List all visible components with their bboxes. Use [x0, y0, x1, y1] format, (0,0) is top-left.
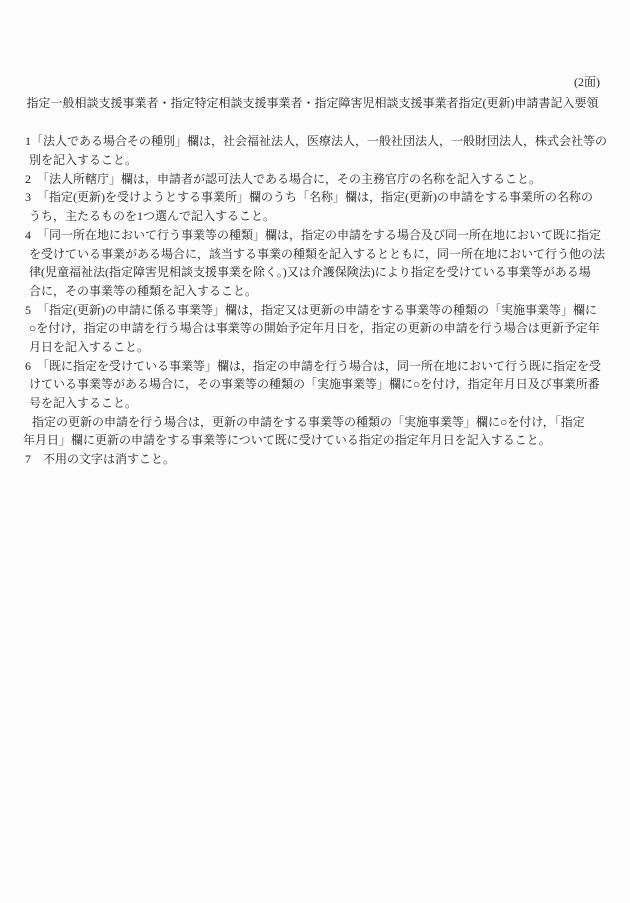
page-number: (2面) [25, 73, 600, 92]
instruction-line-item4: 4 「同一所在地において行う事業等の種類」欄は，指定の申請をする場合及び同一所在… [25, 226, 600, 245]
instruction-line-item4-cont: 合に，その事業等の種類を記入すること。 [29, 282, 600, 301]
document-page: (2面) 指定一般相談支援事業者・指定特定相談支援事業者・指定障害児相談支援事業… [0, 0, 630, 903]
instruction-line-item7: 7 不用の文字は消すこと。 [25, 450, 600, 469]
instruction-line-item6-cont: 号を記入すること。 [29, 394, 600, 413]
instruction-line-item5-cont: ○を付け，指定の申請を行う場合は事業等の開始予定年月日を，指定の更新の申請を行う… [29, 319, 600, 338]
instruction-line-item1-cont: 別を記入すること。 [29, 151, 600, 170]
instruction-line-item5: 5 「指定(更新)の申請に係る事業等」欄は，指定又は更新の申請をする事業等の種類… [25, 301, 600, 320]
instruction-line-item6-para2: 指定の更新の申請を行う場合は，更新の申請をする事業等の種類の「実施事業等」欄に○… [32, 413, 600, 432]
instruction-line-item5-cont: 月日を記入すること。 [29, 338, 600, 357]
instructions-body: 1「法人である場合その種別」欄は，社会福祉法人，医療法人，一般社団法人，一般財団… [25, 132, 600, 468]
instruction-line-item6-para2-cont: 年月日」欄に更新の申請をする事業等について既に受けている指定の指定年月日を記入す… [23, 431, 600, 450]
instruction-line-item6-cont: けている事業等がある場合に，その事業等の種類の「実施事業等」欄に○を付け，指定年… [29, 375, 600, 394]
instruction-line-item6: 6 「既に指定を受けている事業等」欄は，指定の申請を行う場合は，同一所在地におい… [25, 357, 600, 376]
document-title: 指定一般相談支援事業者・指定特定相談支援事業者・指定障害児相談支援事業者指定(更… [25, 94, 600, 113]
instruction-line-item2: 2 「法人所轄庁」欄は，申請者が認可法人である場合に，その主務官庁の名称を記入す… [25, 170, 600, 189]
instruction-line-item3: 3 「指定(更新)を受けようとする事業所」欄のうち「名称」欄は，指定(更新)の申… [25, 188, 600, 207]
instruction-line-item4-cont: 律(児童福祉法(指定障害児相談支援事業を除く。)又は介護保険法)により指定を受け… [29, 263, 600, 282]
instruction-line-item1: 1「法人である場合その種別」欄は，社会福祉法人，医療法人，一般社団法人，一般財団… [25, 132, 600, 151]
instruction-line-item3-cont: うち，主たるものを1つ選んで記入すること。 [29, 207, 600, 226]
instruction-line-item4-cont: を受けている事業がある場合に，該当する事業の種類を記入するとともに，同一所在地に… [29, 245, 600, 264]
